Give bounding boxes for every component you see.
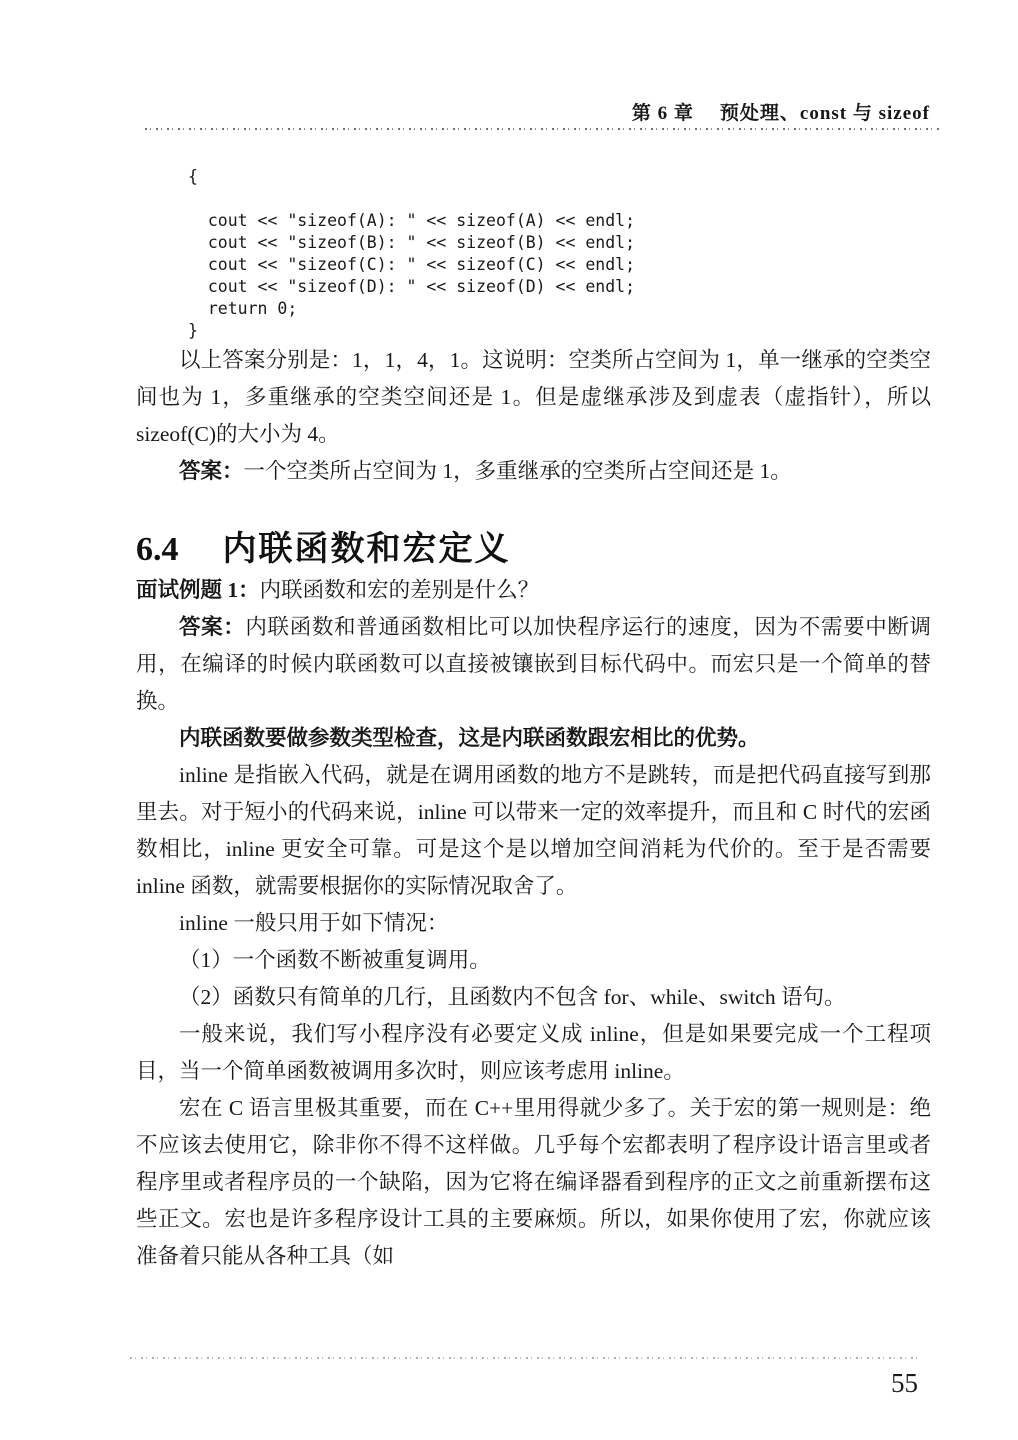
macro-paragraph: 宏在 C 语言里极其重要，而在 C++里用得就少多了。关于宏的第一规则是：绝不应… (136, 1090, 931, 1275)
header-rule (145, 128, 940, 130)
code-block: { cout << "sizeof(A): " << sizeof(A) << … (188, 166, 635, 342)
section-heading: 6.4内联函数和宏定义 (136, 528, 931, 572)
running-header: 第 6 章预处理、const 与 sizeof (632, 98, 930, 125)
chapter-title: 预处理、const 与 sizeof (720, 103, 930, 124)
answer-label: 答案： (179, 459, 244, 483)
question-text: 内联函数和宏的差别是什么？ (260, 578, 540, 602)
answer-text: 一个空类所占空间为 1，多重继承的空类所占空间还是 1。 (244, 459, 792, 483)
inline-usage-intro: inline 一般只用于如下情况： (136, 905, 931, 942)
inline-advice-paragraph: 一般来说，我们写小程序没有必要定义成 inline，但是如果要完成一个工程项目，… (136, 1016, 931, 1090)
interview-answer-text: 内联函数和普通函数相比可以加快程序运行的速度，因为不需要中断调用，在编译的时候内… (136, 615, 931, 713)
inline-advantage-paragraph: 内联函数要做参数类型检查，这是内联函数跟宏相比的优势。 (136, 720, 931, 757)
sizeof-answer-paragraph: 答案：一个空类所占空间为 1，多重继承的空类所占空间还是 1。 (136, 453, 931, 490)
question-label: 面试例题 1： (136, 578, 260, 602)
section-title: 内联函数和宏定义 (223, 531, 511, 568)
interview-answer-label: 答案： (179, 615, 245, 639)
inline-description-paragraph: inline 是指嵌入代码，就是在调用函数的地方不是跳转，而是把代码直接写到那里… (136, 757, 931, 905)
section-number: 6.4 (136, 531, 179, 568)
text-column: 以上答案分别是：1，1，4，1。这说明：空类所占空间为 1，单一继承的空类空间也… (136, 342, 931, 1275)
interview-question: 面试例题 1：内联函数和宏的差别是什么？ (136, 572, 931, 609)
inline-case-1: （1）一个函数不断被重复调用。 (136, 942, 931, 979)
footer-rule (130, 1357, 922, 1359)
interview-answer-paragraph: 答案：内联函数和普通函数相比可以加快程序运行的速度，因为不需要中断调用，在编译的… (136, 609, 931, 720)
inline-case-2: （2）函数只有简单的几行，且函数内不包含 for、while、switch 语句… (136, 979, 931, 1016)
book-page: 第 6 章预处理、const 与 sizeof { cout << "sizeo… (0, 0, 1018, 1440)
sizeof-explanation-paragraph: 以上答案分别是：1，1，4，1。这说明：空类所占空间为 1，单一继承的空类空间也… (136, 342, 931, 453)
chapter-label: 第 6 章 (632, 103, 694, 124)
page-number: 55 (891, 1368, 918, 1399)
